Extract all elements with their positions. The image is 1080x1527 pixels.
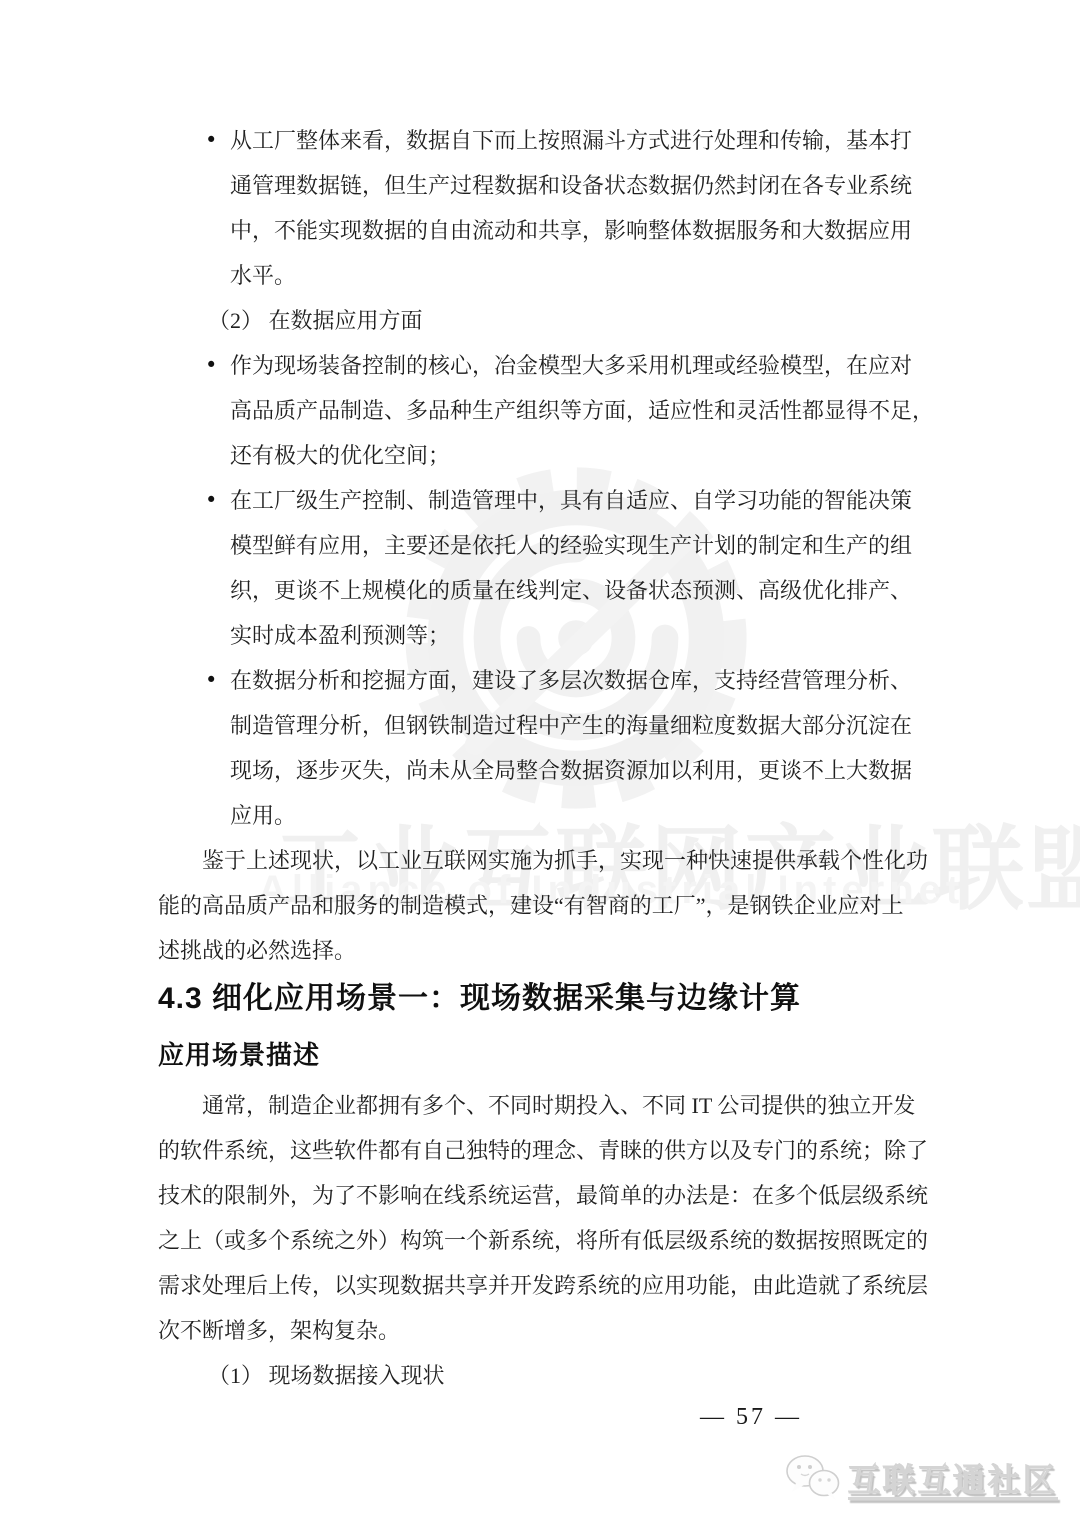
bullet-marker: •	[205, 118, 217, 163]
paragraph: 通常，制造企业都拥有多个、不同时期投入、不同 IT 公司提供的独立开发 的软件系…	[158, 1083, 962, 1353]
section-heading: 4.3 细化应用场景一：现场数据采集与边缘计算	[158, 979, 962, 1019]
bullet-marker: •	[205, 478, 217, 523]
numbered-item-1: （1） 现场数据接入现状	[158, 1353, 962, 1398]
bullet-item: • 在工厂级生产控制、制造管理中，具有自适应、自学习功能的智能决策 模型鲜有应用…	[158, 478, 962, 658]
bullet-text: 作为现场装备控制的核心，冶金模型大多采用机理或经验模型，在应对 高品质产品制造、…	[230, 343, 962, 478]
subsection-heading: 应用场景描述	[158, 1037, 962, 1073]
bullet-marker: •	[205, 343, 217, 388]
bullet-item: • 作为现场装备控制的核心，冶金模型大多采用机理或经验模型，在应对 高品质产品制…	[158, 343, 962, 478]
bullet-item: • 在数据分析和挖掘方面，建设了多层次数据仓库，支持经营管理分析、 制造管理分析…	[158, 658, 962, 838]
document-body: • 从工厂整体来看，数据自下而上按照漏斗方式进行处理和传输，基本打 通管理数据链…	[0, 0, 1080, 1432]
bullet-text: 在工厂级生产控制、制造管理中，具有自适应、自学习功能的智能决策 模型鲜有应用，主…	[230, 478, 962, 658]
wechat-chat-bubbles-icon	[784, 1452, 842, 1504]
bullet-marker: •	[205, 658, 217, 703]
footer-brand-text: 互联互通社区	[848, 1455, 1058, 1501]
numbered-item-2: （2） 在数据应用方面	[158, 298, 962, 343]
bullet-text: 从工厂整体来看，数据自下而上按照漏斗方式进行处理和传输，基本打 通管理数据链，但…	[230, 118, 962, 298]
footer-brand: 互联互通社区	[784, 1452, 1058, 1504]
document-page: 工业互联网产业联盟 Alliance of Industrial Interne…	[0, 0, 1080, 1527]
bullet-item: • 从工厂整体来看，数据自下而上按照漏斗方式进行处理和传输，基本打 通管理数据链…	[158, 118, 962, 298]
page-number: — 57 —	[158, 1402, 962, 1432]
paragraph: 鉴于上述现状，以工业互联网实施为抓手，实现一种快速提供承载个性化功 能的高品质产…	[158, 838, 962, 973]
bullet-text: 在数据分析和挖掘方面，建设了多层次数据仓库，支持经营管理分析、 制造管理分析，但…	[230, 658, 962, 838]
